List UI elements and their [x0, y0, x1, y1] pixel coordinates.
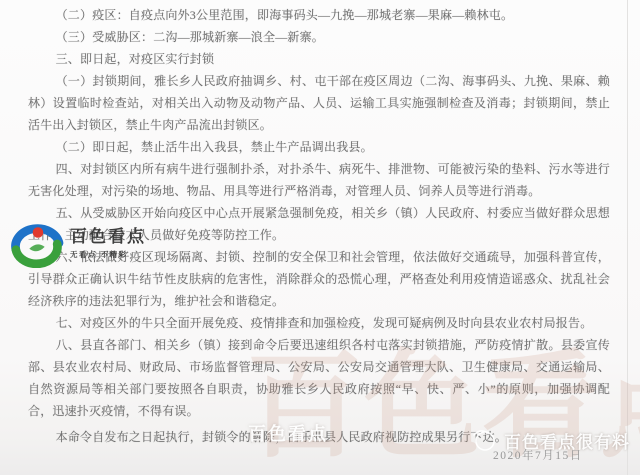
document-date: 2020年7月15日 [493, 447, 583, 463]
paragraph-departments-duties: 八、县直各部门、相关乡（镇）接到命令后要迅速组织各村屯落实封锁措施，严防疫情扩散… [28, 334, 610, 422]
white-watermark-center: 百色看点 [248, 420, 328, 446]
paragraph-lockdown-checkpoints: （一）封锁期间，雅长乡人民政府抽调乡、村、屯干部在疫区周边（二沟、海事码头、九挽… [28, 70, 610, 136]
page-edge-line [627, 0, 628, 475]
document-page: 百色看点 （二）疫区：自疫点向外3公里范围，即海事码头—九挽—那城老寨—果麻—赖… [0, 0, 640, 475]
paragraph-section-3-heading: 三、即日起，对疫区实行封锁 [28, 48, 610, 70]
paragraph-cattle-ban: （二）即日起，禁止活牛出入我县，禁止牛产品调出我县。 [28, 136, 610, 158]
paragraph-culling-disinfection: 四、对封锁区内所有病牛进行强制扑杀，对扑杀牛、病死牛、排泄物、可能被污染的垫料、… [28, 158, 610, 202]
brand-watermark-title: 百色看点 [70, 228, 146, 246]
brand-watermark-left: 百色看点 无看点 不精彩 [8, 220, 146, 268]
paragraph-zone-definition: （二）疫区：自疫点向外3公里范围，即海事码头—九挽—那城老寨—果麻—赖林屯。 [28, 4, 610, 26]
baise-kandian-logo-icon [8, 220, 66, 268]
paragraph-outside-zone-immunity: 七、对疫区外的牛只全面开展免疫、疫情排查和加强检疫，发现可疑病例及时向县农业农村… [28, 312, 610, 334]
paragraph-threatened-zone: （三）受威胁区：二沟—那城新寨—浪全—新寨。 [28, 26, 610, 48]
brand-watermark-tagline: 无看点 不精彩 [70, 249, 146, 260]
